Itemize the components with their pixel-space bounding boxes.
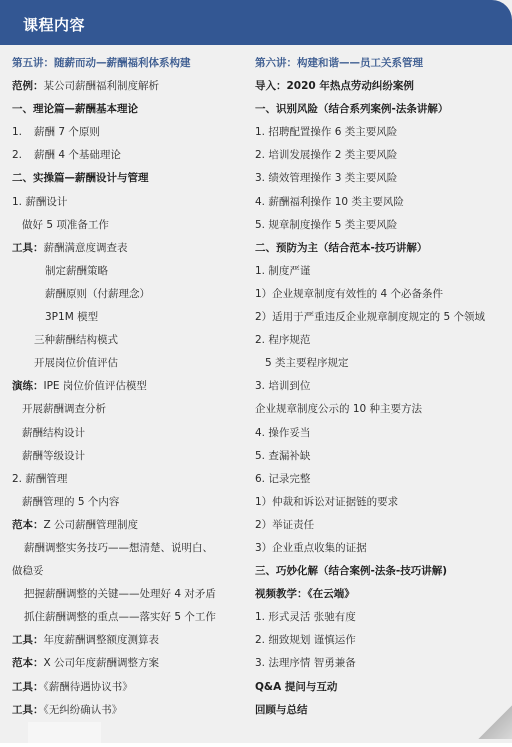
item-label: 演练： <box>12 380 44 392</box>
list-item: 范例：某公司薪酬福利制度解析 <box>12 75 248 98</box>
list-item: 2. 程序规范 <box>255 329 505 352</box>
list-item: 5. 规章制度操作 5 类主要风险 <box>255 214 505 237</box>
list-item: 工具：年度薪酬调整额度测算表 <box>12 629 248 652</box>
list-item: 4. 操作妥当 <box>255 422 505 445</box>
list-item: 做稳妥 <box>12 560 248 583</box>
section-heading: 二、实操篇—薪酬设计与管理 <box>12 167 248 190</box>
list-item: 1.薪酬 7 个原则 <box>12 121 248 144</box>
list-item: 抓住薪酬调整的重点——落实好 5 个工作 <box>12 606 248 629</box>
list-item: 三种薪酬结构模式 <box>12 329 248 352</box>
list-item: 3. 绩效管理操作 3 类主要风险 <box>255 167 505 190</box>
list-item: 3. 法理序情 智勇兼备 <box>255 652 505 675</box>
list-item: 5. 查漏补缺 <box>255 445 505 468</box>
list-item: 1）仲裁和诉讼对证据链的要求 <box>255 491 505 514</box>
list-item: 5 类主要程序规定 <box>255 352 505 375</box>
list-item: 薪酬原则（付薪理念） <box>12 283 248 306</box>
list-item: 范本：Z 公司薪酬管理制度 <box>12 514 248 537</box>
lecture-title: 第五讲：随薪而动—薪酬福利体系构建 <box>12 52 248 75</box>
list-item: 6. 记录完整 <box>255 468 505 491</box>
list-item: 2. 细致规划 谨慎运作 <box>255 629 505 652</box>
item-label: 工具： <box>12 681 44 693</box>
lecture-title: 第六讲：构建和谐——员工关系管理 <box>255 52 505 75</box>
list-item: 开展岗位价值评估 <box>12 352 248 375</box>
list-item: 3P1M 模型 <box>12 306 248 329</box>
list-item: 1. 薪酬设计 <box>12 191 248 214</box>
header-banner: 课程内容 <box>0 0 512 45</box>
list-item: 2. 薪酬管理 <box>12 468 248 491</box>
item-label: 工具： <box>12 704 44 716</box>
section-heading: 导入：2020 年热点劳动纠纷案例 <box>255 75 505 98</box>
list-item: 2. 培训发展操作 2 类主要风险 <box>255 144 505 167</box>
decorative-tab <box>28 722 101 743</box>
list-item: 2.薪酬 4 个基础理论 <box>12 144 248 167</box>
item-label: 范例： <box>12 80 44 92</box>
item-label: 范本： <box>12 519 44 531</box>
course-content-page: 课程内容 第五讲：随薪而动—薪酬福利体系构建 范例：某公司薪酬福利制度解析 一、… <box>0 0 512 743</box>
item-label: 工具： <box>12 634 44 646</box>
list-item: 2）举证责任 <box>255 514 505 537</box>
list-item: 2）适用于严重违反企业规章制度规定的 5 个领域 <box>255 306 505 329</box>
section-heading: 二、预防为主（结合范本-技巧讲解） <box>255 237 505 260</box>
section-heading: 一、理论篇—薪酬基本理论 <box>12 98 248 121</box>
list-item: 1. 招聘配置操作 6 类主要风险 <box>255 121 505 144</box>
list-item: 1）企业规章制度有效性的 4 个必备条件 <box>255 283 505 306</box>
section-heading: 一、识别风险（结合系列案例-法条讲解） <box>255 98 505 121</box>
list-item: 把握薪酬调整的关键——处理好 4 对矛盾 <box>12 583 248 606</box>
list-item: 薪酬结构设计 <box>12 422 248 445</box>
list-item: 工具：《无纠纷确认书》 <box>12 699 248 722</box>
list-item: 薪酬调整实务技巧——想清楚、说明白、 <box>12 537 248 560</box>
list-item: 薪酬管理的 5 个内容 <box>12 491 248 514</box>
list-item: 做好 5 项准备工作 <box>12 214 248 237</box>
right-column: 第六讲：构建和谐——员工关系管理 导入：2020 年热点劳动纠纷案例 一、识别风… <box>255 52 505 722</box>
section-heading: 视频教学：《在云端》 <box>255 583 505 606</box>
list-item: 演练：IPE 岗位价值评估模型 <box>12 375 248 398</box>
list-item: 制定薪酬策略 <box>12 260 248 283</box>
list-item: 薪酬等级设计 <box>12 445 248 468</box>
list-item: 3. 培训到位 <box>255 375 505 398</box>
page-title: 课程内容 <box>23 14 85 35</box>
list-item: 工具：《薪酬待遇协议书》 <box>12 676 248 699</box>
item-label: 工具： <box>12 242 44 254</box>
list-item: 范本：X 公司年度薪酬调整方案 <box>12 652 248 675</box>
section-heading: Q&A 提问与互动 <box>255 676 505 699</box>
list-item: 开展薪酬调查分析 <box>12 398 248 421</box>
list-item: 工具：薪酬满意度调查表 <box>12 237 248 260</box>
list-item: 1. 制度严谨 <box>255 260 505 283</box>
section-heading: 回顾与总结 <box>255 699 505 722</box>
list-item: 3）企业重点收集的证据 <box>255 537 505 560</box>
left-column: 第五讲：随薪而动—薪酬福利体系构建 范例：某公司薪酬福利制度解析 一、理论篇—薪… <box>12 52 248 722</box>
list-item: 企业规章制度公示的 10 种主要方法 <box>255 398 505 421</box>
section-heading: 三、巧妙化解（结合案例-法条-技巧讲解) <box>255 560 505 583</box>
list-item: 1. 形式灵活 张驰有度 <box>255 606 505 629</box>
item-label: 范本： <box>12 657 44 669</box>
list-item: 4. 薪酬福利操作 10 类主要风险 <box>255 191 505 214</box>
